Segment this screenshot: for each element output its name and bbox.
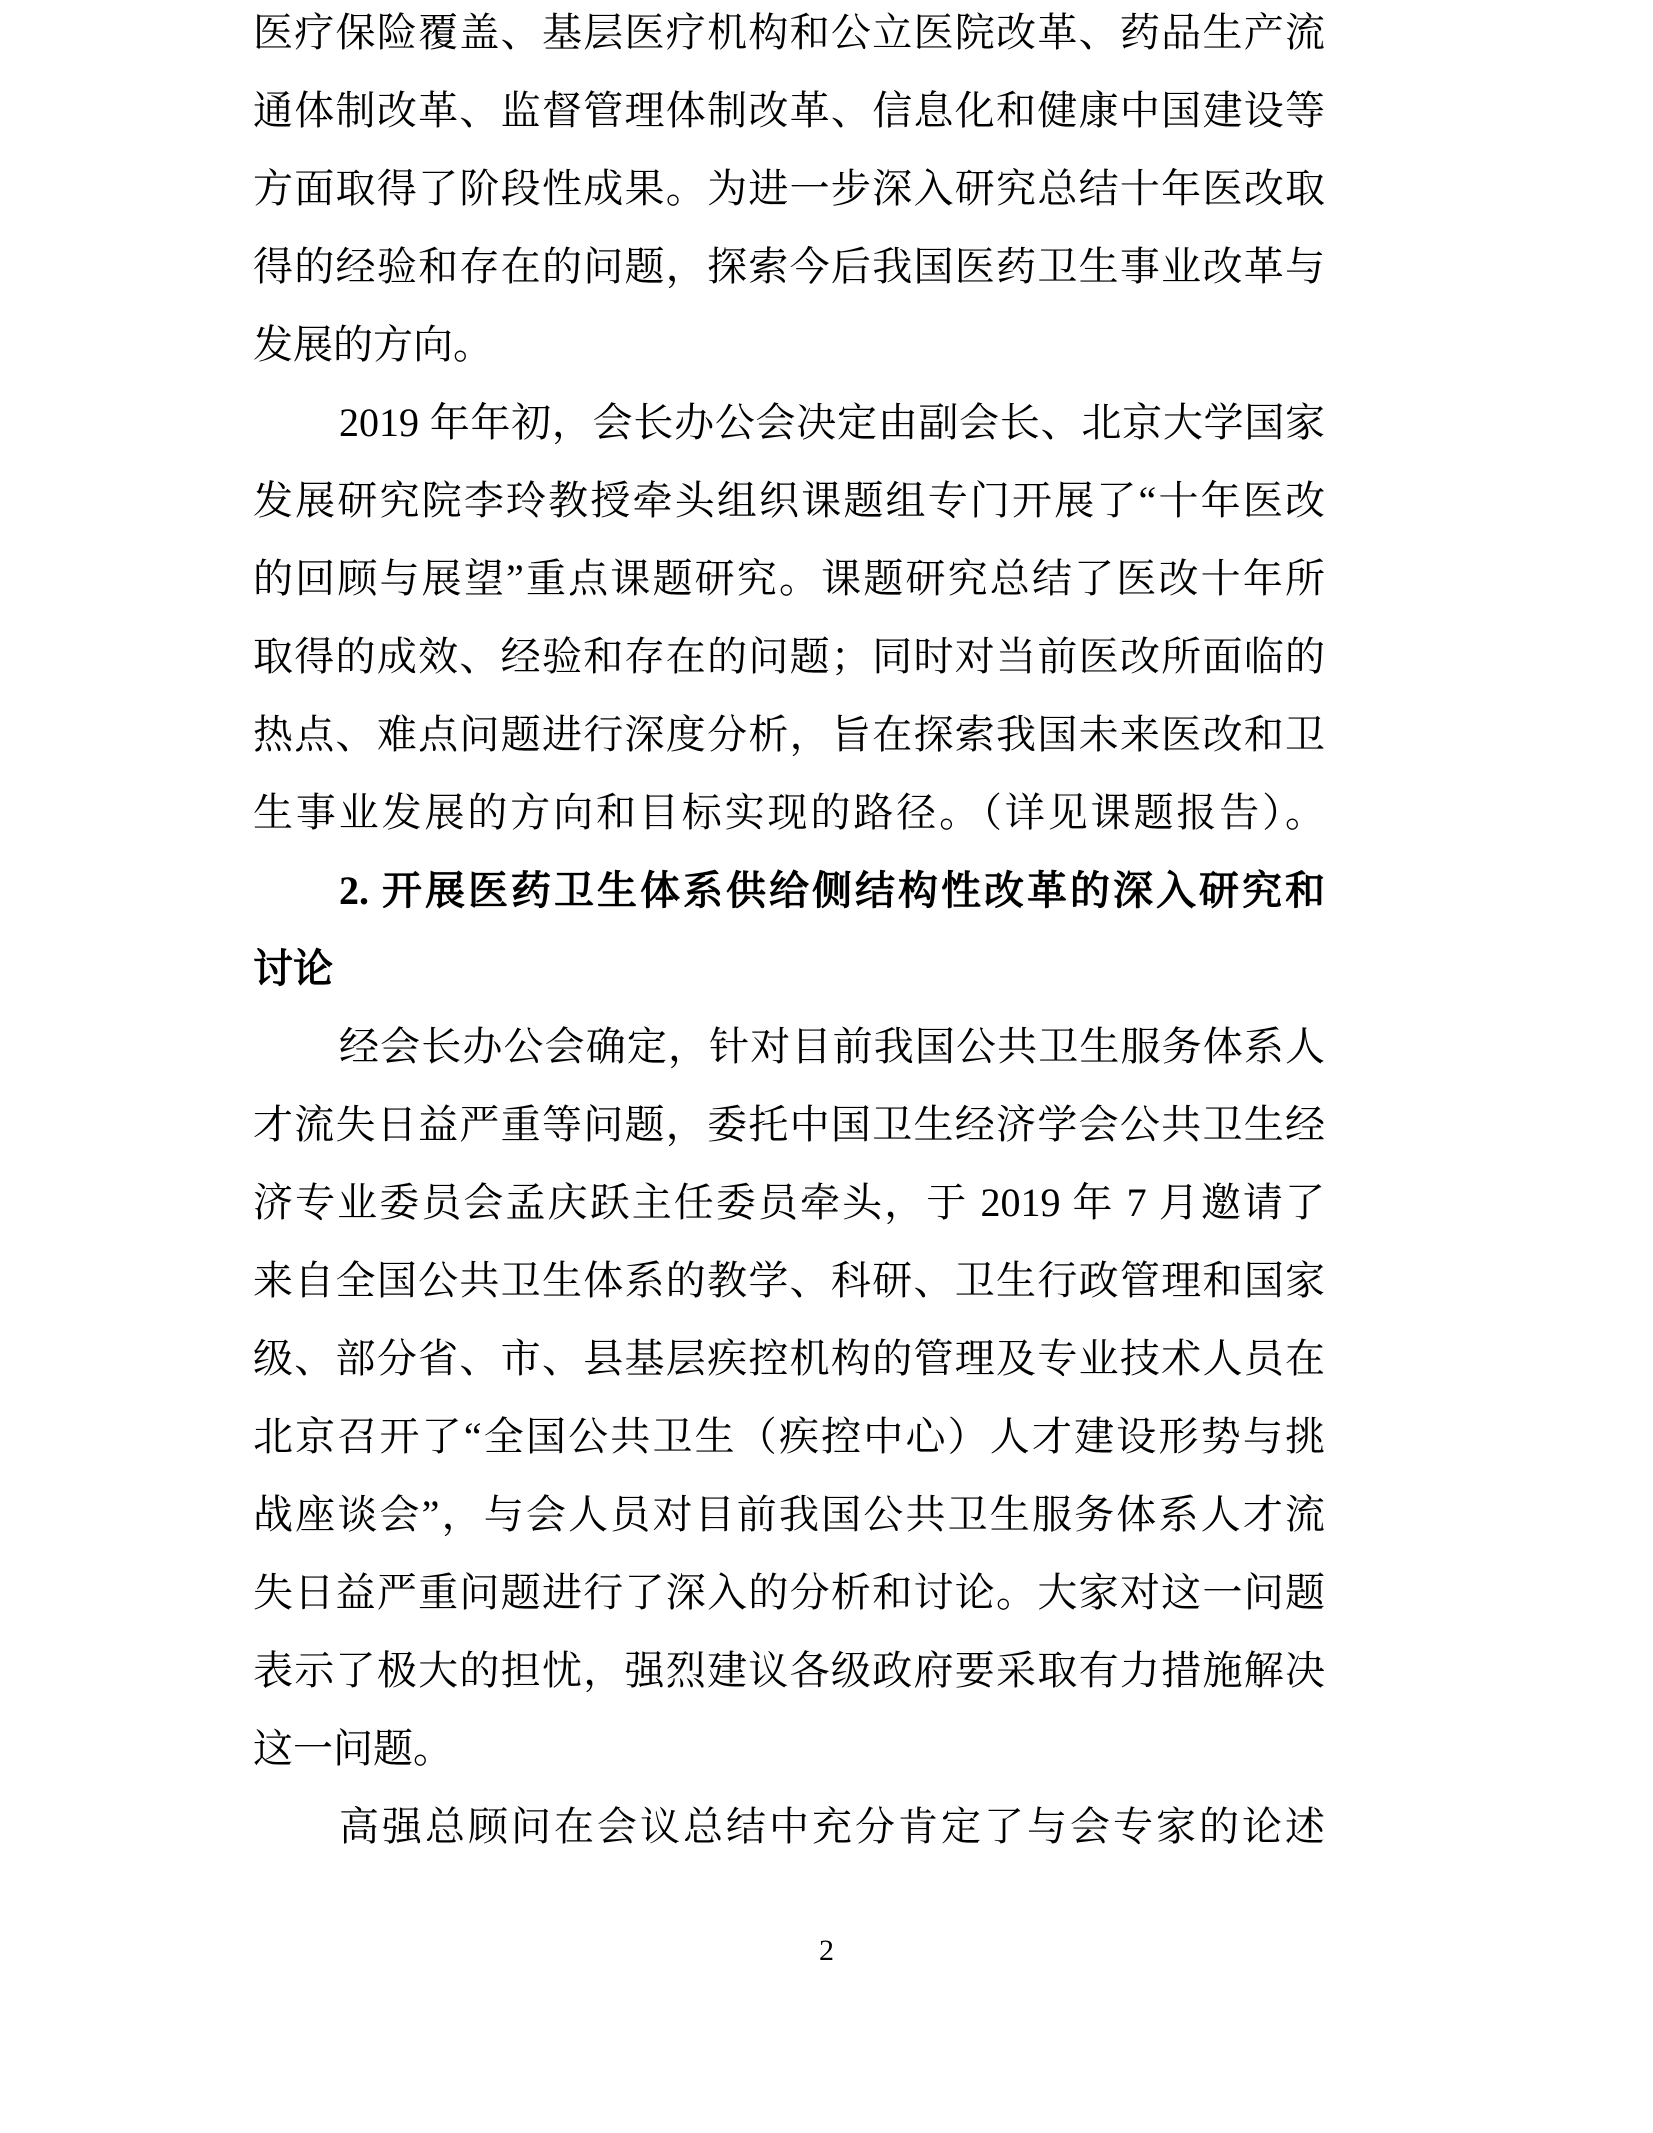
text-line: 2. 开展医药卫生体系供给侧结构性改革的深入研究和 (253, 852, 1325, 930)
text-line: 热点、难点问题进行深度分析，旨在探索我国未来医改和卫 (253, 696, 1325, 774)
text-line: 战座谈会”，与会人员对目前我国公共卫生服务体系人才流 (253, 1476, 1325, 1554)
text-line: 失日益严重问题进行了深入的分析和讨论。大家对这一问题 (253, 1554, 1325, 1632)
text-line: 得的经验和存在的问题，探索今后我国医药卫生事业改革与 (253, 228, 1325, 306)
section-heading-2: 2. 开展医药卫生体系供给侧结构性改革的深入研究和讨论 (253, 852, 1325, 1008)
text-line: 方面取得了阶段性成果。为进一步深入研究总结十年医改取 (253, 150, 1325, 228)
text-line: 通体制改革、监督管理体制改革、信息化和健康中国建设等 (253, 72, 1325, 150)
document-page: 医疗保险覆盖、基层医疗机构和公立医院改革、药品生产流通体制改革、监督管理体制改革… (0, 0, 1653, 2133)
text-line: 来自全国公共卫生体系的教学、科研、卫生行政管理和国家 (253, 1242, 1325, 1320)
text-line: 这一问题。 (253, 1710, 1325, 1788)
text-line: 发展的方向。 (253, 306, 1325, 384)
paragraph-3: 经会长办公会确定，针对目前我国公共卫生服务体系人才流失日益严重等问题，委托中国卫… (253, 1008, 1325, 1788)
text-line: 级、部分省、市、县基层疾控机构的管理及专业技术人员在 (253, 1320, 1325, 1398)
document-body: 医疗保险覆盖、基层医疗机构和公立医院改革、药品生产流通体制改革、监督管理体制改革… (253, 0, 1325, 1866)
text-line: 发展研究院李玲教授牵头组织课题组专门开展了“十年医改 (253, 462, 1325, 540)
text-line: 讨论 (253, 930, 1325, 1008)
text-line: 生事业发展的方向和目标实现的路径。（详见课题报告）。 (253, 774, 1325, 852)
paragraph-4-start: 高强总顾问在会议总结中充分肯定了与会专家的论述 (253, 1788, 1325, 1866)
text-line: 济专业委员会孟庆跃主任委员牵头，于 2019 年 7 月邀请了 (253, 1164, 1325, 1242)
text-line: 2019 年年初，会长办公会决定由副会长、北京大学国家 (253, 384, 1325, 462)
text-line: 的回顾与展望”重点课题研究。课题研究总结了医改十年所 (253, 540, 1325, 618)
paragraph-1-continuation: 医疗保险覆盖、基层医疗机构和公立医院改革、药品生产流通体制改革、监督管理体制改革… (253, 0, 1325, 384)
paragraph-2: 2019 年年初，会长办公会决定由副会长、北京大学国家发展研究院李玲教授牵头组织… (253, 384, 1325, 852)
text-line: 医疗保险覆盖、基层医疗机构和公立医院改革、药品生产流 (253, 0, 1325, 72)
text-line: 经会长办公会确定，针对目前我国公共卫生服务体系人 (253, 1008, 1325, 1086)
page-number: 2 (0, 1934, 1653, 1968)
text-line: 北京召开了“全国公共卫生（疾控中心）人才建设形势与挑 (253, 1398, 1325, 1476)
text-line: 高强总顾问在会议总结中充分肯定了与会专家的论述 (253, 1788, 1325, 1866)
text-line: 表示了极大的担忧，强烈建议各级政府要采取有力措施解决 (253, 1632, 1325, 1710)
text-line: 取得的成效、经验和存在的问题；同时对当前医改所面临的 (253, 618, 1325, 696)
text-line: 才流失日益严重等问题，委托中国卫生经济学会公共卫生经 (253, 1086, 1325, 1164)
